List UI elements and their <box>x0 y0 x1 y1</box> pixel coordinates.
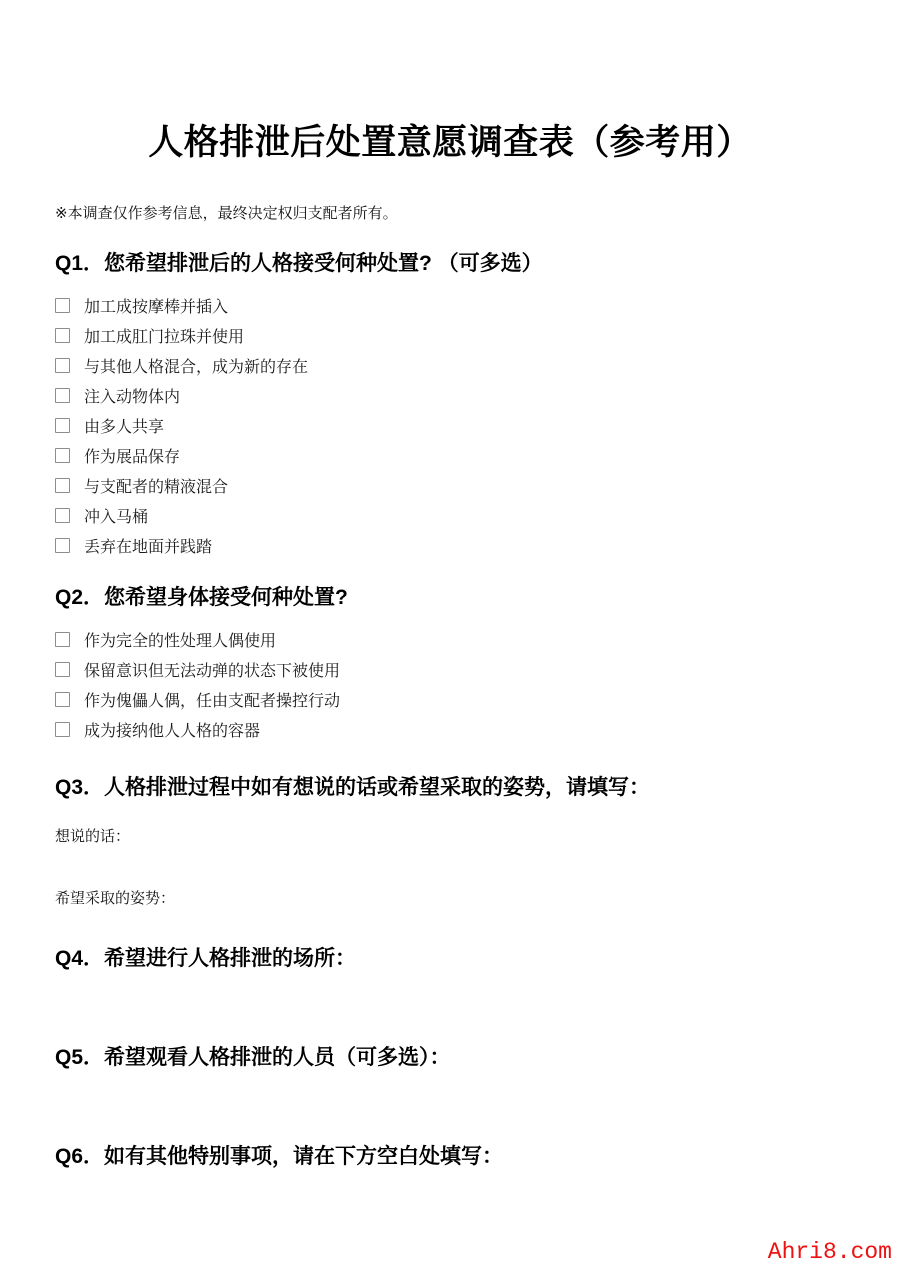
q3-fill-area[interactable]: 希望采取的姿势： <box>55 889 845 909</box>
option-label: 成为接纳他人人格的容器 <box>84 718 260 741</box>
checkbox-option[interactable]: 加工成按摩棒并插入 <box>55 290 845 320</box>
option-label: 冲入马桶 <box>84 504 148 527</box>
questions: Q1．您希望排泄后的人格接受何种处置? （可多选）加工成按摩棒并插入加工成肛门拉… <box>55 250 845 1170</box>
checkbox-icon[interactable] <box>55 662 70 677</box>
checkbox-icon[interactable] <box>55 298 70 313</box>
checkbox-option[interactable]: 冲入马桶 <box>55 500 845 530</box>
fill-field-label: 想说的话： <box>55 828 130 845</box>
question-q2: Q2．您希望身体接受何种处置?作为完全的性处理人偶使用保留意识但无法动弹的状态下… <box>55 584 845 744</box>
page-title: 人格排泄后处置意愿调查表（参考用） <box>55 120 845 166</box>
question-q5-label: Q5．希望观看人格排泄的人员（可多选）： <box>55 1044 845 1071</box>
option-label: 保留意识但无法动弹的状态下被使用 <box>84 658 340 681</box>
checkbox-icon[interactable] <box>55 722 70 737</box>
option-label: 与其他人格混合，成为新的存在 <box>84 354 308 377</box>
checkbox-option[interactable]: 注入动物体内 <box>55 380 845 410</box>
question-q2-options: 作为完全的性处理人偶使用保留意识但无法动弹的状态下被使用作为傀儡人偶，任由支配者… <box>55 624 845 744</box>
checkbox-option[interactable]: 保留意识但无法动弹的状态下被使用 <box>55 654 845 684</box>
checkbox-option[interactable]: 成为接纳他人人格的容器 <box>55 714 845 744</box>
q3-fill-area[interactable]: 想说的话： <box>55 827 845 847</box>
question-q4-label: Q4．希望进行人格排泄的场所： <box>55 945 845 972</box>
disclaimer-note: ※本调查仅作参考信息，最终决定权归支配者所有。 <box>55 204 845 224</box>
option-label: 作为展品保存 <box>84 444 180 467</box>
checkbox-icon[interactable] <box>55 478 70 493</box>
checkbox-icon[interactable] <box>55 328 70 343</box>
checkbox-icon[interactable] <box>55 388 70 403</box>
option-label: 作为完全的性处理人偶使用 <box>84 628 276 651</box>
questionnaire-page: 人格排泄后处置意愿调查表（参考用） ※本调查仅作参考信息，最终决定权归支配者所有… <box>0 0 900 1273</box>
option-label: 加工成按摩棒并插入 <box>84 294 228 317</box>
question-q2-label: Q2．您希望身体接受何种处置? <box>55 584 845 611</box>
checkbox-icon[interactable] <box>55 632 70 647</box>
question-q1-label: Q1．您希望排泄后的人格接受何种处置? （可多选） <box>55 250 845 277</box>
checkbox-icon[interactable] <box>55 508 70 523</box>
question-q3-label: Q3．人格排泄过程中如有想说的话或希望采取的姿势，请填写： <box>55 774 845 801</box>
checkbox-icon[interactable] <box>55 358 70 373</box>
checkbox-icon[interactable] <box>55 692 70 707</box>
option-label: 作为傀儡人偶，任由支配者操控行动 <box>84 688 340 711</box>
checkbox-option[interactable]: 作为展品保存 <box>55 440 845 470</box>
question-q3: Q3．人格排泄过程中如有想说的话或希望采取的姿势，请填写：想说的话：希望采取的姿… <box>55 774 845 909</box>
question-q4: Q4．希望进行人格排泄的场所： <box>55 945 845 972</box>
option-label: 与支配者的精液混合 <box>84 474 228 497</box>
question-q1: Q1．您希望排泄后的人格接受何种处置? （可多选）加工成按摩棒并插入加工成肛门拉… <box>55 250 845 560</box>
question-q1-options: 加工成按摩棒并插入加工成肛门拉珠并使用与其他人格混合，成为新的存在注入动物体内由… <box>55 290 845 560</box>
question-q5: Q5．希望观看人格排泄的人员（可多选）： <box>55 1044 845 1071</box>
option-label: 注入动物体内 <box>84 384 180 407</box>
question-q6-label: Q6．如有其他特别事项，请在下方空白处填写： <box>55 1143 845 1170</box>
checkbox-option[interactable]: 由多人共享 <box>55 410 845 440</box>
checkbox-option[interactable]: 与支配者的精液混合 <box>55 470 845 500</box>
checkbox-icon[interactable] <box>55 448 70 463</box>
checkbox-option[interactable]: 与其他人格混合，成为新的存在 <box>55 350 845 380</box>
option-label: 加工成肛门拉珠并使用 <box>84 324 244 347</box>
checkbox-icon[interactable] <box>55 538 70 553</box>
checkbox-option[interactable]: 作为完全的性处理人偶使用 <box>55 624 845 654</box>
option-label: 丢弃在地面并践踏 <box>84 534 212 557</box>
checkbox-icon[interactable] <box>55 418 70 433</box>
checkbox-option[interactable]: 丢弃在地面并践踏 <box>55 530 845 560</box>
fill-field-label: 希望采取的姿势： <box>55 890 175 907</box>
option-label: 由多人共享 <box>84 414 164 437</box>
checkbox-option[interactable]: 加工成肛门拉珠并使用 <box>55 320 845 350</box>
watermark: Ahri8.com <box>768 1239 892 1265</box>
question-q6: Q6．如有其他特别事项，请在下方空白处填写： <box>55 1143 845 1170</box>
checkbox-option[interactable]: 作为傀儡人偶，任由支配者操控行动 <box>55 684 845 714</box>
